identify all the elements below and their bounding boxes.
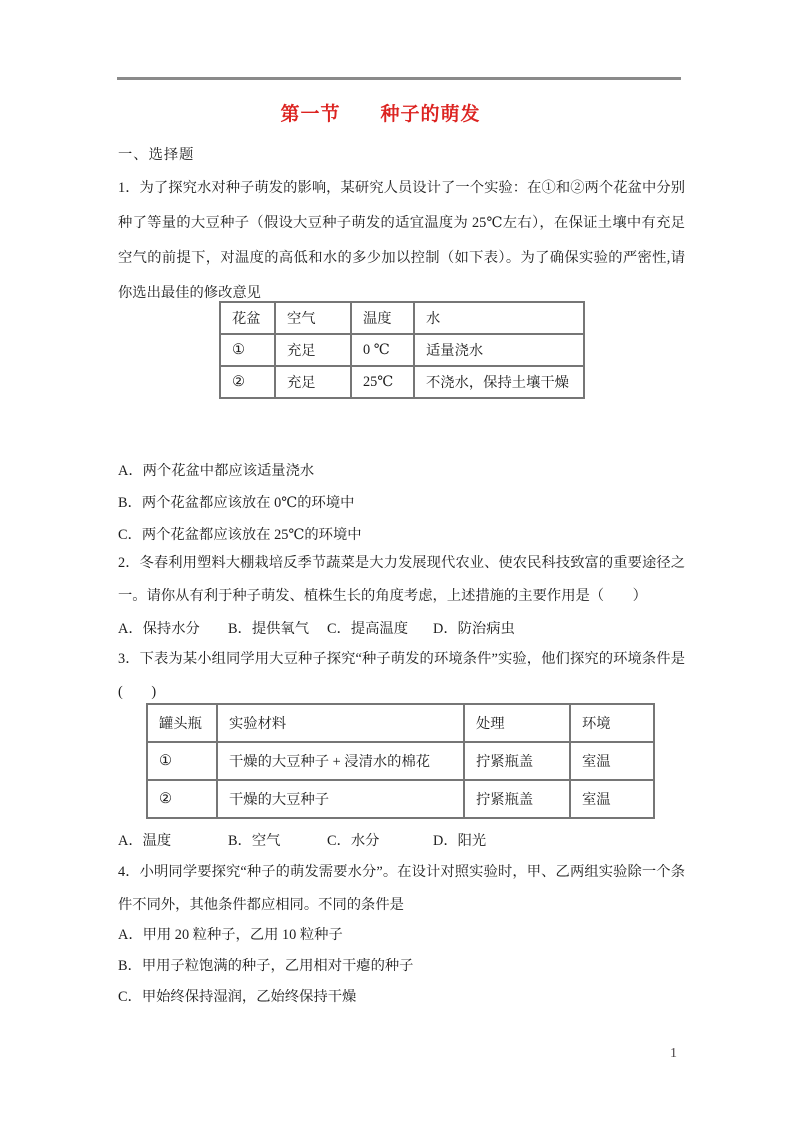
- table-header-cell: 水: [414, 302, 584, 334]
- question-4-options: A．甲用 20 粒种子，乙用 10 粒种子 B．甲用子粒饱满的种子，乙用相对干瘪…: [118, 920, 685, 1013]
- table-cell: 充足: [275, 366, 351, 398]
- page-title: 第一节 种子的萌发: [0, 99, 761, 126]
- table-cell: 室温: [570, 742, 654, 780]
- question-3-table: 罐头瓶 实验材料 处理 环境 ① 干燥的大豆种子 + 浸清水的棉花 拧紧瓶盖 室…: [146, 703, 655, 819]
- table-cell: 充足: [275, 334, 351, 366]
- table-cell: 不浇水，保持土壤干燥: [414, 366, 584, 398]
- table-cell: 室温: [570, 780, 654, 818]
- table-cell: 25℃: [351, 366, 414, 398]
- option-a: A．保持水分: [118, 613, 228, 646]
- question-1-table: 花盆 空气 温度 水 ① 充足 0 ℃ 适量浇水 ② 充足 25℃ 不浇水，保持…: [219, 301, 585, 399]
- table-header-row: 花盆 空气 温度 水: [220, 302, 584, 334]
- question-2-options: A．保持水分 B．提供氧气 C．提高温度 D．防治病虫: [118, 613, 685, 646]
- table-header-cell: 空气: [275, 302, 351, 334]
- section-heading: 一、选择题: [118, 144, 194, 164]
- page-number: 1: [670, 1046, 677, 1062]
- table-cell: 0 ℃: [351, 334, 414, 366]
- question-3-text: 3．下表为某小组同学用大豆种子探究“种子萌发的环境条件”实验，他们探究的环境条件…: [118, 643, 685, 709]
- question-1-text: 1．为了探究水对种子萌发的影响，某研究人员设计了一个实验：在①和②两个花盆中分别…: [118, 171, 685, 311]
- table-cell: ②: [147, 780, 217, 818]
- question-2-text: 2．冬春利用塑料大棚栽培反季节蔬菜是大力发展现代农业、使农民科技致富的重要途径之…: [118, 547, 685, 613]
- table-cell: ②: [220, 366, 275, 398]
- option-d: D．防治病虫: [433, 613, 685, 646]
- table-header-cell: 花盆: [220, 302, 275, 334]
- question-4-text: 4．小明同学要探究“种子的萌发需要水分”。在设计对照实验时，甲、乙两组实验除一个…: [118, 856, 685, 922]
- table-header-cell: 罐头瓶: [147, 704, 217, 742]
- table-header-cell: 实验材料: [217, 704, 464, 742]
- option-b: B．甲用子粒饱满的种子，乙用相对干瘪的种子: [118, 951, 685, 982]
- table-row: ① 充足 0 ℃ 适量浇水: [220, 334, 584, 366]
- table-header-cell: 环境: [570, 704, 654, 742]
- option-c: C．水分: [327, 825, 433, 858]
- table-header-row: 罐头瓶 实验材料 处理 环境: [147, 704, 654, 742]
- document-page: 第一节 种子的萌发 一、选择题 1．为了探究水对种子萌发的影响，某研究人员设计了…: [0, 0, 800, 1132]
- question-1-options: A．两个花盆中都应该适量浇水 B．两个花盆都应该放在 0℃的环境中 C．两个花盆…: [118, 455, 685, 551]
- header-rule: [117, 77, 681, 80]
- option-a: A．温度: [118, 825, 228, 858]
- table-header-cell: 处理: [464, 704, 570, 742]
- option-c: C．甲始终保持湿润，乙始终保持干燥: [118, 982, 685, 1013]
- option-b: B．空气: [228, 825, 327, 858]
- table-row: ① 干燥的大豆种子 + 浸清水的棉花 拧紧瓶盖 室温: [147, 742, 654, 780]
- table-cell: ①: [220, 334, 275, 366]
- option-c: C．提高温度: [327, 613, 433, 646]
- table-cell: 干燥的大豆种子: [217, 780, 464, 818]
- table-cell: 干燥的大豆种子 + 浸清水的棉花: [217, 742, 464, 780]
- table-row: ② 充足 25℃ 不浇水，保持土壤干燥: [220, 366, 584, 398]
- table-row: ② 干燥的大豆种子 拧紧瓶盖 室温: [147, 780, 654, 818]
- table-cell: 适量浇水: [414, 334, 584, 366]
- question-3-options: A．温度 B．空气 C．水分 D．阳光: [118, 825, 685, 858]
- option-a: A．两个花盆中都应该适量浇水: [118, 455, 685, 487]
- table-cell: 拧紧瓶盖: [464, 742, 570, 780]
- table-header-cell: 温度: [351, 302, 414, 334]
- option-b: B．提供氧气: [228, 613, 327, 646]
- option-a: A．甲用 20 粒种子，乙用 10 粒种子: [118, 920, 685, 951]
- table-cell: ①: [147, 742, 217, 780]
- option-d: D．阳光: [433, 825, 685, 858]
- table-cell: 拧紧瓶盖: [464, 780, 570, 818]
- option-b: B．两个花盆都应该放在 0℃的环境中: [118, 487, 685, 519]
